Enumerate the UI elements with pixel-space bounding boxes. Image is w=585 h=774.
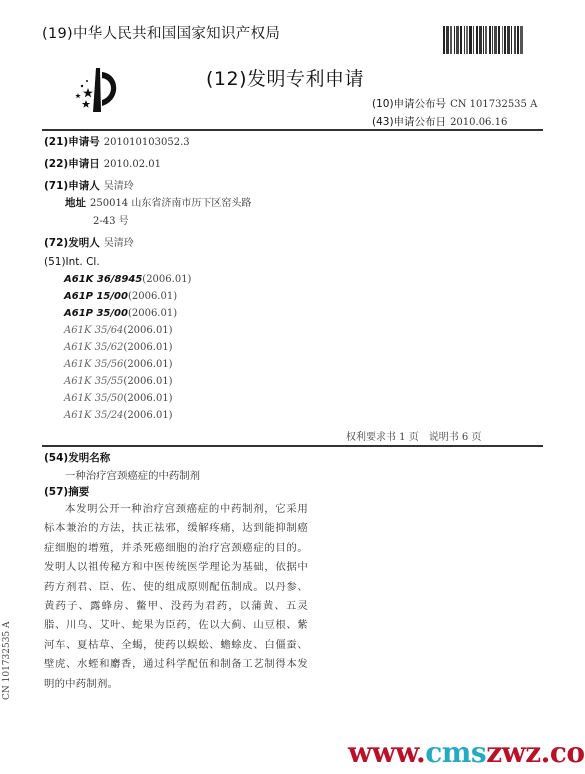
ipc-entry: A61K 35/62(2006.01) bbox=[64, 342, 173, 353]
ipc-version: (2006.01) bbox=[128, 291, 177, 302]
application-number-field: (21)申请号201010103052.3 bbox=[44, 134, 190, 149]
ipc-code: A61K 35/24 bbox=[64, 410, 123, 421]
publication-number-label: (10)申请公布号 bbox=[372, 98, 446, 110]
watermark-part3: zwz.com bbox=[486, 736, 585, 769]
publication-number-value: CN 101732535 A bbox=[450, 99, 537, 110]
filing-date-field: (22)申请日2010.02.01 bbox=[44, 156, 161, 171]
watermark-part2: cms bbox=[425, 736, 486, 769]
applicant-value: 吴清玲 bbox=[104, 181, 134, 192]
ipc-code: A61K 35/50 bbox=[64, 393, 123, 404]
ipc-code: A61K 35/55 bbox=[64, 376, 123, 387]
invention-title: 一种治疗宫颈癌症的中药制剂 bbox=[65, 467, 200, 482]
applicant-label: (71)申请人 bbox=[44, 180, 100, 192]
ipc-version: (2006.01) bbox=[123, 393, 172, 404]
address-line2: 2-43 号 bbox=[93, 216, 129, 227]
ipc-version: (2006.01) bbox=[128, 308, 177, 319]
document-type-title: (12)发明专利申请 bbox=[206, 64, 364, 91]
ipc-code: A61K 36/8945 bbox=[64, 274, 142, 285]
watermark-part1: www. bbox=[348, 736, 425, 769]
address-line1: 250014 山东省济南市历下区窑头路 bbox=[90, 198, 251, 209]
publication-date: (43)申请公布日2010.06.16 bbox=[372, 114, 507, 129]
ipc-version: (2006.01) bbox=[123, 325, 172, 336]
barcode-icon bbox=[443, 26, 543, 54]
abstract-text: 本发明公开一种治疗宫颈癌症的中药制剂，它采用标本兼治的方法，扶正祛邪，缓解疼痛，… bbox=[44, 500, 308, 694]
ipc-entry: A61K 35/50(2006.01) bbox=[64, 393, 173, 404]
issuing-office: (19)中华人民共和国国家知识产权局 bbox=[42, 22, 280, 43]
ipc-entry: A61P 15/00(2006.01) bbox=[64, 291, 177, 302]
section-divider bbox=[42, 445, 543, 447]
ipc-code: A61K 35/56 bbox=[64, 359, 123, 370]
address-label: 地址 bbox=[65, 197, 86, 209]
page-counts: 权利要求书 1 页 说明书 6 页 bbox=[346, 428, 481, 443]
int-cl-label: (51)Int. Cl. bbox=[44, 256, 100, 268]
ipc-version: (2006.01) bbox=[123, 410, 172, 421]
side-publication-id: CN 101732535 A bbox=[2, 621, 12, 700]
publication-date-label: (43)申请公布日 bbox=[372, 116, 446, 128]
address-line2-field: 2-43 号 bbox=[93, 212, 129, 227]
patent-office-emblem-icon bbox=[66, 60, 126, 120]
ipc-version: (2006.01) bbox=[123, 342, 172, 353]
ipc-entry: A61K 35/55(2006.01) bbox=[64, 376, 173, 387]
ipc-code: A61K 35/62 bbox=[64, 342, 123, 353]
ipc-entry: A61K 35/64(2006.01) bbox=[64, 325, 173, 336]
ipc-entry: A61K 35/24(2006.01) bbox=[64, 410, 173, 421]
ipc-entry: A61K 36/8945(2006.01) bbox=[64, 274, 191, 285]
ipc-version: (2006.01) bbox=[123, 359, 172, 370]
abstract-label: (57)摘要 bbox=[44, 484, 89, 499]
filing-date-value: 2010.02.01 bbox=[104, 159, 161, 170]
ipc-code: A61P 35/00 bbox=[64, 308, 128, 319]
ipc-code: A61K 35/64 bbox=[64, 325, 123, 336]
filing-date-label: (22)申请日 bbox=[44, 158, 100, 170]
application-number-value: 201010103052.3 bbox=[104, 137, 190, 148]
ipc-code: A61P 15/00 bbox=[64, 291, 128, 302]
address-field: 地址250014 山东省济南市历下区窑头路 bbox=[65, 194, 251, 210]
application-number-label: (21)申请号 bbox=[44, 136, 100, 148]
watermark: www.cmszwz.com bbox=[348, 736, 585, 769]
inventor-value: 吴清玲 bbox=[104, 238, 134, 249]
ipc-version: (2006.01) bbox=[142, 274, 191, 285]
applicant-field: (71)申请人吴清玲 bbox=[44, 177, 134, 193]
header-divider bbox=[42, 129, 543, 131]
ipc-version: (2006.01) bbox=[123, 376, 172, 387]
invention-title-label: (54)发明名称 bbox=[44, 450, 110, 465]
ipc-entry: A61P 35/00(2006.01) bbox=[64, 308, 177, 319]
publication-number: (10)申请公布号CN 101732535 A bbox=[372, 96, 537, 111]
ipc-entry: A61K 35/56(2006.01) bbox=[64, 359, 173, 370]
inventor-field: (72)发明人吴清玲 bbox=[44, 234, 134, 250]
publication-date-value: 2010.06.16 bbox=[450, 117, 507, 128]
inventor-label: (72)发明人 bbox=[44, 237, 100, 249]
